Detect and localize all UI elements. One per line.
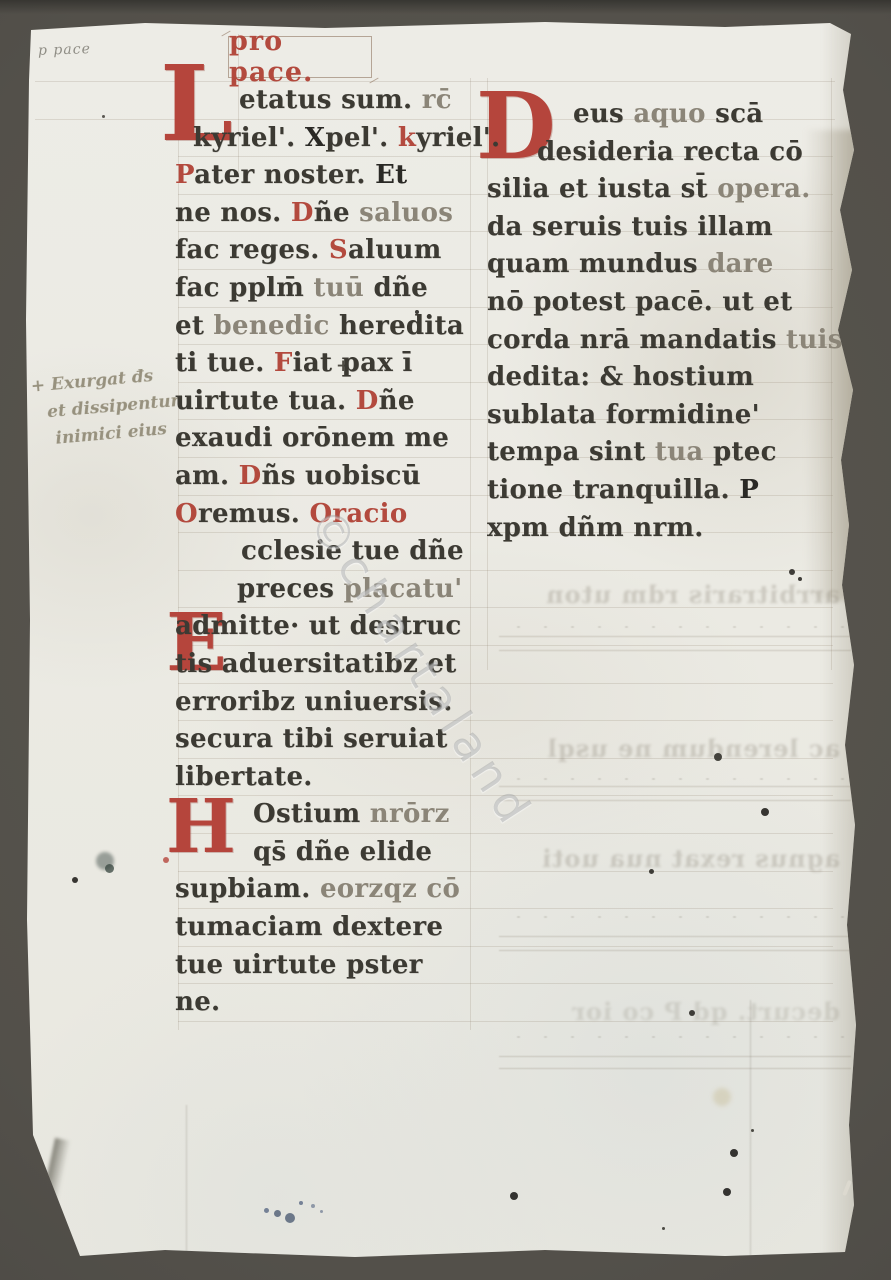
text-line: tumaciam dextere (175, 909, 475, 947)
text-line: etatus sum. rc̄ (175, 82, 475, 120)
rubric-title: pro pace. (229, 26, 371, 88)
text-segment: D (291, 198, 314, 228)
show-through-staff-line (499, 1068, 851, 1069)
ink-spot (102, 115, 105, 118)
text-segment: remus. (198, 499, 310, 529)
text-line: supbiam. eorzqz cō (175, 871, 475, 909)
ink-spot (713, 1088, 731, 1106)
text-segment: tua (655, 437, 713, 467)
text-segment: uirtute tua. (175, 386, 356, 416)
pencil-note: p pace (38, 41, 91, 59)
text-line: ne nos. Dñe saluos (175, 195, 475, 233)
text-segment: tuis (786, 325, 843, 355)
show-through-staff-line (499, 936, 851, 937)
ink-spot (649, 869, 654, 874)
ink-spot (105, 864, 114, 873)
text-segment: aluum (348, 235, 442, 265)
text-line: exaudi orōnem me (175, 420, 475, 458)
text-segment: dñe (374, 273, 429, 303)
ink-spot (274, 1210, 281, 1217)
ink-spot (689, 1010, 695, 1016)
text-line: corda nrā mandatis tuis (487, 322, 837, 360)
show-through-staff-line (499, 636, 851, 637)
text-segment: X (305, 123, 325, 153)
text-segment: k (398, 123, 416, 153)
show-through-staff-line (499, 786, 851, 787)
text-line: fac pplm̄ tuū dñe (175, 270, 475, 308)
text-segment: tempa sint (487, 437, 655, 467)
show-through-text: agnus rexat nua uoti (495, 844, 840, 873)
show-through-staff-line (499, 950, 851, 951)
ink-spot (798, 577, 802, 581)
text-segment: ne nos. (175, 198, 291, 228)
show-through-staff-line (499, 800, 851, 801)
text-segment: F (274, 348, 293, 378)
text-segment: et (175, 311, 214, 341)
text-segment: qs̄ dñe elide (253, 837, 432, 867)
vertical-crease (186, 1105, 187, 1255)
text-segment: ptec (713, 437, 777, 467)
rubric-frame: pro pace. (228, 36, 372, 78)
text-segment: nrōrz (370, 799, 450, 829)
photo-backdrop: arrbitraris rdm uton ac lerendum ne usql… (0, 0, 891, 1280)
ink-spot (320, 1210, 323, 1213)
text-segment: fac reges. (175, 235, 329, 265)
text-segment: rc̄ (422, 85, 452, 115)
show-through-text: arrbitraris rdm uton (495, 580, 840, 609)
text-segment: tumaciam dextere (175, 912, 443, 942)
text-segment: desideria recta cō (537, 137, 803, 167)
text-segment: D (239, 461, 262, 491)
show-through-neumes (505, 624, 845, 630)
ink-spot (723, 1188, 731, 1196)
text-segment: Ostium (253, 799, 370, 829)
text-line: kyriel'. Xpel'. kyriel'. (175, 120, 475, 158)
ink-spot (510, 1192, 518, 1200)
text-segment: tuū (313, 273, 373, 303)
text-line: desideria recta cō (487, 134, 837, 172)
show-through-neumes (505, 914, 845, 920)
text-segment: fac pplm̄ (175, 273, 313, 303)
manuscript-leaf: arrbitraris rdm uton ac lerendum ne usql… (25, 20, 858, 1258)
bottom-left-fold-shadow (27, 1138, 71, 1273)
text-segment: ater noster. (194, 160, 375, 190)
text-line: Pater noster. Et (175, 157, 475, 195)
text-line: eus aquo scā (487, 96, 837, 134)
text-segment: benedic (214, 311, 340, 341)
text-line: sublata formidine' (487, 397, 837, 435)
text-line: uirtute tua. Dñe (175, 383, 475, 421)
text-segment: iat pax ī (293, 348, 413, 378)
ink-spot (662, 1227, 665, 1230)
text-segment: ne. (175, 987, 220, 1017)
show-through-neumes (505, 776, 845, 782)
text-line: Ostium nrōrz (175, 796, 475, 834)
text-line: nō potest pacē. ut et (487, 284, 837, 322)
text-segment: ñs uobiscū (262, 461, 421, 491)
text-line: xpm dñm nrm. (487, 510, 837, 548)
text-segment: xpm dñm nrm. (487, 513, 704, 543)
text-segment: dare (707, 249, 773, 279)
text-segment: supbiam. (175, 874, 320, 904)
text-segment: da seruis tuis illam (487, 212, 773, 242)
ink-spot (264, 1208, 269, 1213)
show-through-staff-line (499, 650, 851, 651)
text-segment: eorzqz cō (320, 874, 460, 904)
right-text-column: eus aquo scādesideria recta cōsilia et i… (487, 96, 837, 547)
show-through-text: decurt. qd P co ior (495, 997, 840, 1026)
text-segment: O (175, 499, 198, 529)
text-segment: saluos (359, 198, 453, 228)
text-segment: tione tranquilla. (487, 475, 739, 505)
text-segment: scā (715, 99, 763, 129)
text-segment: kyriel'. (193, 123, 305, 153)
ink-spot (72, 877, 78, 883)
text-line: ti tue. Fiat pax ī (175, 345, 475, 383)
text-line: qs̄ dñe elide (175, 834, 475, 872)
ink-spot (751, 1129, 754, 1132)
text-segment: aquo (633, 99, 715, 129)
ink-spot (789, 569, 795, 575)
ink-spot (714, 753, 722, 761)
text-line: silia et iusta st̄ opera. (487, 171, 837, 209)
show-through-neumes (505, 1034, 845, 1040)
text-segment: heredita (339, 311, 464, 341)
text-segment: dedita: & hostium (487, 362, 754, 392)
text-segment: secura tibi seruiat (175, 724, 448, 754)
text-segment: ñe (314, 198, 359, 228)
text-segment: ñe (379, 386, 415, 416)
text-line: libertate. (175, 759, 475, 797)
text-segment: eus (573, 99, 633, 129)
text-segment: pel'. (325, 123, 397, 153)
show-through-text: ac lerendum ne usql (495, 734, 840, 763)
text-line: tempa sint tua ptec (487, 434, 837, 472)
text-segment: P (739, 475, 759, 505)
ink-spot (299, 1201, 303, 1205)
text-line: preces placatu' (175, 571, 475, 609)
text-segment: opera. (717, 174, 810, 204)
ink-spot (311, 1204, 315, 1208)
text-segment: silia et iusta st̄ (487, 174, 717, 204)
text-segment: D (356, 386, 379, 416)
text-line: fac reges. Saluum (175, 232, 475, 270)
ink-spot (761, 808, 769, 816)
text-segment: ti tue. (175, 348, 274, 378)
show-through-staff-line (499, 1056, 851, 1057)
text-segment: quam mundus (487, 249, 707, 279)
text-segment: S (329, 235, 348, 265)
text-segment: P (175, 160, 194, 190)
text-line: am. Dñs uobiscū (175, 458, 475, 496)
ink-spot (163, 857, 169, 863)
text-line: da seruis tuis illam (487, 209, 837, 247)
text-segment: sublata formidine' (487, 400, 760, 430)
ink-spot (415, 310, 419, 314)
text-segment: preces (237, 574, 344, 604)
text-line: dedita: & hostium (487, 359, 837, 397)
text-segment: Et (375, 160, 407, 190)
text-line: tione tranquilla. P (487, 472, 837, 510)
text-line: quam mundus dare (487, 246, 837, 284)
text-segment: nō potest pacē. ut et (487, 287, 792, 317)
text-segment: corda nrā mandatis (487, 325, 786, 355)
text-line: tue uirtute pster (175, 947, 475, 985)
text-segment: libertate. (175, 762, 313, 792)
text-line: et benedic heredita (175, 308, 475, 346)
text-segment: tue uirtute pster (175, 950, 423, 980)
ink-spot (730, 1149, 738, 1157)
text-segment: exaudi orōnem me (175, 423, 449, 453)
text-segment: etatus sum. (239, 85, 422, 115)
text-segment: am. (175, 461, 239, 491)
text-line: ne. (175, 984, 475, 1022)
ink-spot (285, 1213, 295, 1223)
